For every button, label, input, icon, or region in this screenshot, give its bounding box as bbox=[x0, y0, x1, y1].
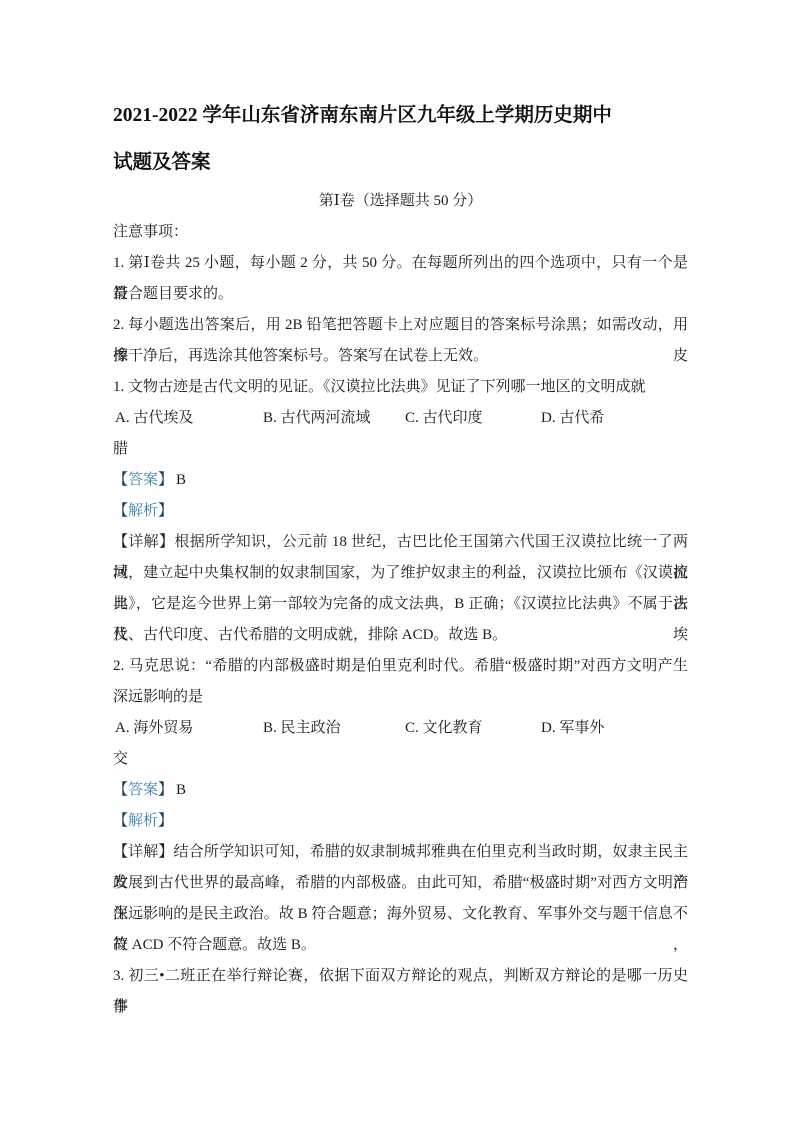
detail-line: 典》，它是迄今世界上第一部较为完备的成文法典，B 正确；《汉谟拉比法典》不属于古… bbox=[113, 589, 688, 620]
answer-bracket-open: 【 bbox=[113, 782, 128, 798]
options-row: A. 古代埃及 B. 古代两河流域 C. 古代印度 D. 古代希 bbox=[113, 403, 688, 434]
option-cell-a: A. 海外贸易 bbox=[115, 713, 193, 744]
detail-line: 域，建立起中央集权制的奴隶制国家，为了维护奴隶主的利益，汉谟拉比颁布《汉谟拉比法 bbox=[113, 558, 688, 589]
detail-line: 发展到古代世界的最高峰，希腊的内部极盛。由此可知，希腊“极盛时期”对西方文明产生 bbox=[113, 868, 688, 899]
notice-paragraph-1: 1. 第Ⅰ卷共 25 小题，每小题 2 分，共 50 分。在每题所列出的四个选项… bbox=[113, 248, 688, 310]
detail-paragraph: 【详解】根据所学知识，公元前 18 世纪，古巴比伦王国第六代国王汉谟拉比统一了两… bbox=[113, 527, 688, 651]
option-cell-b: B. 民主政治 bbox=[263, 713, 341, 744]
question-stem-line: 2. 马克思说：“希腊的内部极盛时期是伯里克利时代。希腊“极盛时期”对西方文明产… bbox=[113, 651, 688, 682]
question-stem-line: 1. 文物古迹是古代文明的见证。《汉谟拉比法典》见证了下列哪一地区的文明成就 bbox=[113, 372, 688, 403]
question-block-3: 3. 初三•二班正在举行辩论赛，依据下面双方辩论的观点，判断双方辩论的是哪一历史… bbox=[113, 961, 688, 1023]
notice-line: 2. 每小题选出答案后，用 2B 铅笔把答题卡上对应题目的答案标号涂黑；如需改动… bbox=[113, 310, 688, 341]
option-cell-d: D. 军事外 bbox=[541, 713, 604, 744]
title-line-1: 2021-2022 学年山东省济南东南片区九年级上学期历史期中 bbox=[113, 92, 688, 139]
analysis-bracket-open: 【 bbox=[113, 813, 128, 829]
notice-label: 注意事项： bbox=[113, 217, 688, 248]
title-line-2: 试题及答案 bbox=[113, 139, 688, 186]
detail-line: 深远影响的是民主政治。故 B 符合题意；海外贸易、文化教育、军事外交与题干信息不… bbox=[113, 899, 688, 930]
answer-label: 答案 bbox=[128, 472, 158, 488]
question-block-1: 1. 文物古迹是古代文明的见证。《汉谟拉比法典》见证了下列哪一地区的文明成就 A… bbox=[113, 372, 688, 651]
analysis-line: 【解析】 bbox=[113, 806, 688, 837]
answer-bracket-close: 】 bbox=[158, 782, 173, 798]
answer-value: B bbox=[173, 472, 186, 488]
option-overflow-line: 交 bbox=[113, 744, 688, 775]
exam-document-page: 2021-2022 学年山东省济南东南片区九年级上学期历史期中 试题及答案 第Ⅰ… bbox=[0, 0, 793, 1122]
analysis-bracket-open: 【 bbox=[113, 503, 128, 519]
option-cell-d: D. 古代希 bbox=[541, 403, 604, 434]
analysis-bracket-close: 】 bbox=[158, 813, 173, 829]
notice-line: 1. 第Ⅰ卷共 25 小题，每小题 2 分，共 50 分。在每题所列出的四个选项… bbox=[113, 248, 688, 279]
section-header: 第Ⅰ卷（选择题共 50 分） bbox=[113, 186, 688, 217]
notice-paragraph-2: 2. 每小题选出答案后，用 2B 铅笔把答题卡上对应题目的答案标号涂黑；如需改动… bbox=[113, 310, 688, 372]
option-cell-c: C. 文化教育 bbox=[405, 713, 483, 744]
detail-paragraph: 【详解】结合所学知识可知，希腊的奴隶制城邦雅典在伯里克利当政时期，奴隶主民主政治… bbox=[113, 837, 688, 961]
answer-bracket-close: 】 bbox=[158, 472, 173, 488]
answer-line: 【答案】B bbox=[113, 465, 688, 496]
option-cell-a: A. 古代埃及 bbox=[115, 403, 193, 434]
answer-line: 【答案】B bbox=[113, 775, 688, 806]
options-row: A. 海外贸易 B. 民主政治 C. 文化教育 D. 军事外 bbox=[113, 713, 688, 744]
option-cell-b: B. 古代两河流域 bbox=[263, 403, 371, 434]
question-block-2: 2. 马克思说：“希腊的内部极盛时期是伯里克利时代。希腊“极盛时期”对西方文明产… bbox=[113, 651, 688, 961]
answer-label: 答案 bbox=[128, 782, 158, 798]
question-stem-line: 3. 初三•二班正在举行辩论赛，依据下面双方辩论的观点，判断双方辩论的是哪一历史… bbox=[113, 961, 688, 992]
option-overflow-line: 腊 bbox=[113, 434, 688, 465]
detail-line: 【详解】结合所学知识可知，希腊的奴隶制城邦雅典在伯里克利当政时期，奴隶主民主政治 bbox=[113, 837, 688, 868]
answer-bracket-open: 【 bbox=[113, 472, 128, 488]
analysis-label: 解析 bbox=[128, 503, 158, 519]
answer-value: B bbox=[173, 782, 186, 798]
detail-line: 【详解】根据所学知识，公元前 18 世纪，古巴比伦王国第六代国王汉谟拉比统一了两… bbox=[113, 527, 688, 558]
analysis-bracket-close: 】 bbox=[158, 503, 173, 519]
notice-line: 符合题目要求的。 bbox=[113, 279, 688, 310]
analysis-line: 【解析】 bbox=[113, 496, 688, 527]
document-title: 2021-2022 学年山东省济南东南片区九年级上学期历史期中 试题及答案 bbox=[113, 92, 688, 186]
analysis-label: 解析 bbox=[128, 813, 158, 829]
option-cell-c: C. 古代印度 bbox=[405, 403, 483, 434]
question-stem-line: 深远影响的是 bbox=[113, 682, 688, 713]
question-stem-line: 件 bbox=[113, 992, 688, 1023]
